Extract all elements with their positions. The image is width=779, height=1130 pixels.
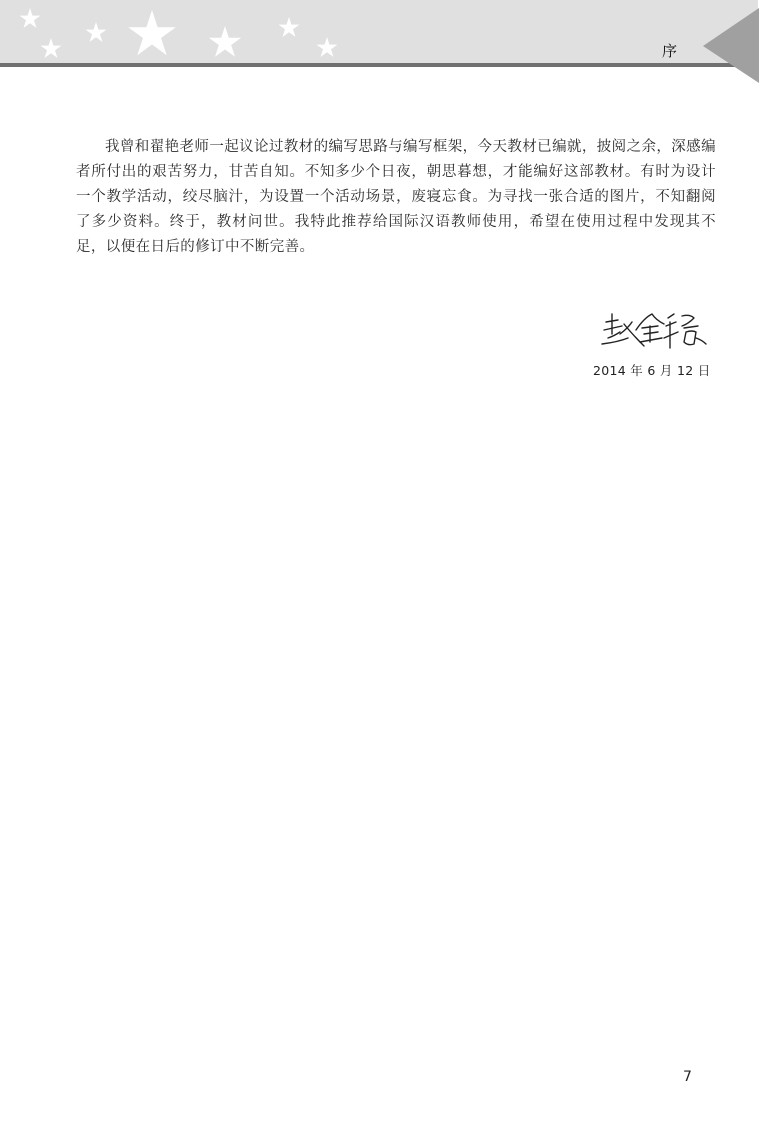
page-number: 7 (683, 1069, 692, 1085)
signature-icon (598, 308, 708, 358)
section-title: 序 (662, 40, 677, 61)
signature-date: 2014 年 6 月 12 日 (593, 361, 711, 379)
star-decoration-icon (0, 0, 400, 63)
preface-paragraph: 我曾和翟艳老师一起议论过教材的编写思路与编写框架，今天教材已编就，披阅之余，深感… (76, 135, 716, 260)
tab-triangle-icon (703, 8, 759, 83)
header-rule (0, 63, 758, 67)
header-band: 序 (0, 0, 758, 63)
